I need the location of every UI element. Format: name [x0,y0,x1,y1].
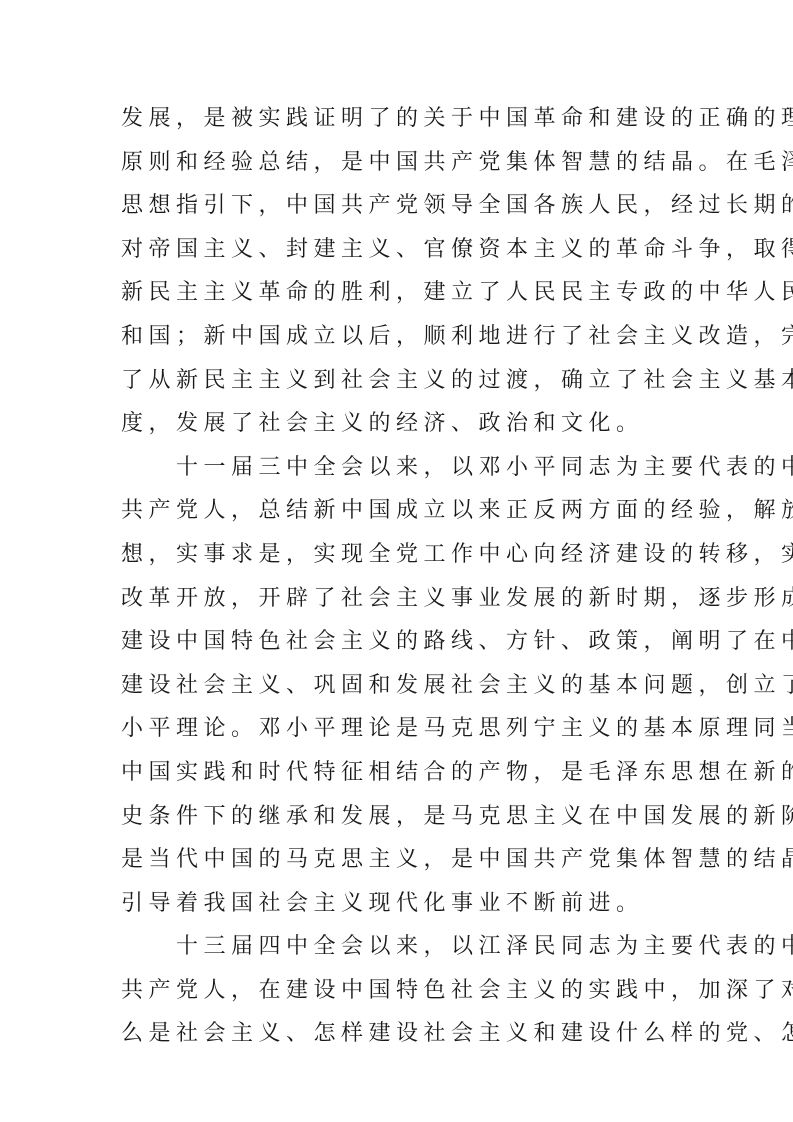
paragraph-1: 发展，是被实践证明了的关于中国革命和建设的正确的理论 原则和经验总结，是中国共产… [121,97,681,446]
text-line: 建设中国特色社会主义的路线、方针、政策，阐明了在中国 [121,620,681,664]
text-line: 是当代中国的马克思主义，是中国共产党集体智慧的结晶， [121,838,681,882]
paragraph-3: 十三届四中全会以来，以江泽民同志为主要代表的中国 共产党人，在建设中国特色社会主… [121,925,681,1056]
text-line: 么是社会主义、怎样建设社会主义和建设什么样的党、怎样 [121,1012,681,1056]
text-line: 度，发展了社会主义的经济、政治和文化。 [121,402,681,446]
text-line: 新民主主义革命的胜利，建立了人民民主专政的中华人民共 [121,271,681,315]
text-line: 思想指引下，中国共产党领导全国各族人民，经过长期的反 [121,184,681,228]
text-line: 引导着我国社会主义现代化事业不断前进。 [121,882,681,926]
text-line: 共产党人，总结新中国成立以来正反两方面的经验，解放思 [121,489,681,533]
text-line: 发展，是被实践证明了的关于中国革命和建设的正确的理论 [121,97,681,141]
text-line: 建设社会主义、巩固和发展社会主义的基本问题，创立了邓 [121,664,681,708]
text-line: 小平理论。邓小平理论是马克思列宁主义的基本原理同当代 [121,707,681,751]
text-line: 史条件下的继承和发展，是马克思主义在中国发展的新阶段， [121,795,681,839]
document-body: 发展，是被实践证明了的关于中国革命和建设的正确的理论 原则和经验总结，是中国共产… [121,97,681,1056]
text-line: 原则和经验总结，是中国共产党集体智慧的结晶。在毛泽东 [121,141,681,185]
text-line: 中国实践和时代特征相结合的产物，是毛泽东思想在新的历 [121,751,681,795]
document-page: 发展，是被实践证明了的关于中国革命和建设的正确的理论 原则和经验总结，是中国共产… [0,0,793,1122]
text-line: 想，实事求是，实现全党工作中心向经济建设的转移，实行 [121,533,681,577]
text-line: 对帝国主义、封建主义、官僚资本主义的革命斗争，取得了 [121,228,681,272]
text-line: 了从新民主主义到社会主义的过渡，确立了社会主义基本制 [121,359,681,403]
text-line: 共产党人，在建设中国特色社会主义的实践中，加深了对什 [121,969,681,1013]
paragraph-2: 十一届三中全会以来，以邓小平同志为主要代表的中国 共产党人，总结新中国成立以来正… [121,446,681,926]
text-line: 和国；新中国成立以后，顺利地进行了社会主义改造，完成 [121,315,681,359]
text-line-indented: 十一届三中全会以来，以邓小平同志为主要代表的中国 [121,446,681,490]
text-line: 改革开放，开辟了社会主义事业发展的新时期，逐步形成了 [121,577,681,621]
text-line-indented: 十三届四中全会以来，以江泽民同志为主要代表的中国 [121,925,681,969]
